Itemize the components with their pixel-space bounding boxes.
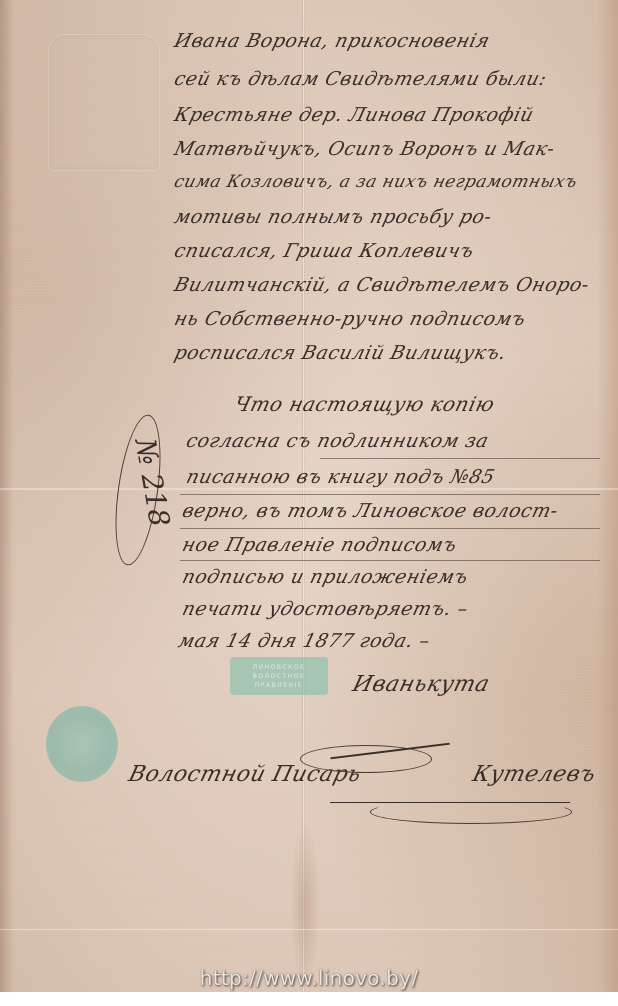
certification-line: верно, въ томъ Линовское волост- — [180, 500, 561, 522]
body-line: Вилитчанскій, а Свидѣтелемъ Оноро- — [172, 274, 592, 296]
round-seal-stamp — [46, 706, 118, 782]
signature-flourish — [300, 745, 432, 773]
certification-line: ное Правленіе подписомъ — [180, 534, 459, 556]
certification-line: Что настоящую копію — [232, 392, 497, 416]
rectangular-stamp: ЛИНОВСКОЕ ВОЛОСТНОЕ ПРАВЛЕНІЕ — [230, 657, 328, 695]
certification-line: мая 14 дня 1877 года. – — [176, 630, 432, 652]
underline — [180, 528, 600, 529]
body-line: мотивы полнымъ просьбу ро- — [172, 206, 494, 228]
stamp-text-line: ВОЛОСТНОЕ — [253, 672, 305, 681]
certification-line: согласна съ подлинником за — [184, 430, 491, 452]
body-line: росписался Василій Вилищукъ. — [172, 342, 509, 364]
body-line: сима Козловичъ, а за нихъ неграмотныхъ — [172, 172, 579, 192]
elder-signature: Иванькута — [350, 672, 492, 697]
body-line: нь Собственно-ручно подписомъ — [172, 308, 528, 330]
body-line: Крестьяне дер. Линова Прокофій — [172, 104, 536, 126]
document-paper: Ивана Ворона, прикосновенія сей къ дѣлам… — [0, 0, 618, 992]
certification-line: подписью и приложеніемъ — [180, 566, 470, 588]
embossed-watermark — [48, 34, 160, 171]
paper-edge-right — [596, 0, 618, 992]
body-line: Ивана Ворона, прикосновенія — [172, 30, 492, 52]
certification-line: писанною въ книгу подъ №85 — [184, 466, 497, 488]
signature-flourish-lower — [370, 800, 572, 824]
underline — [320, 458, 600, 459]
stamp-text-line: ЛИНОВСКОЕ — [253, 663, 306, 672]
horizontal-fold-line — [0, 488, 618, 490]
body-line: списался, Гриша Коплевичъ — [172, 240, 476, 262]
underline — [180, 494, 600, 495]
underline — [180, 560, 600, 561]
paper-edge-left — [0, 0, 14, 992]
clerk-signature: Кутелевъ — [470, 762, 598, 787]
body-line: Матвѣйчукъ, Осипъ Воронъ и Мак- — [172, 138, 557, 160]
body-line: сей къ дѣлам Свидѣтелями были: — [172, 68, 549, 90]
watermark-url: http://www.linovo.by/ — [0, 966, 618, 990]
certification-line: печати удостовѣряетъ. – — [180, 598, 471, 620]
horizontal-fold-line-lower — [0, 929, 618, 930]
stamp-text-line: ПРАВЛЕНІЕ — [255, 681, 303, 690]
